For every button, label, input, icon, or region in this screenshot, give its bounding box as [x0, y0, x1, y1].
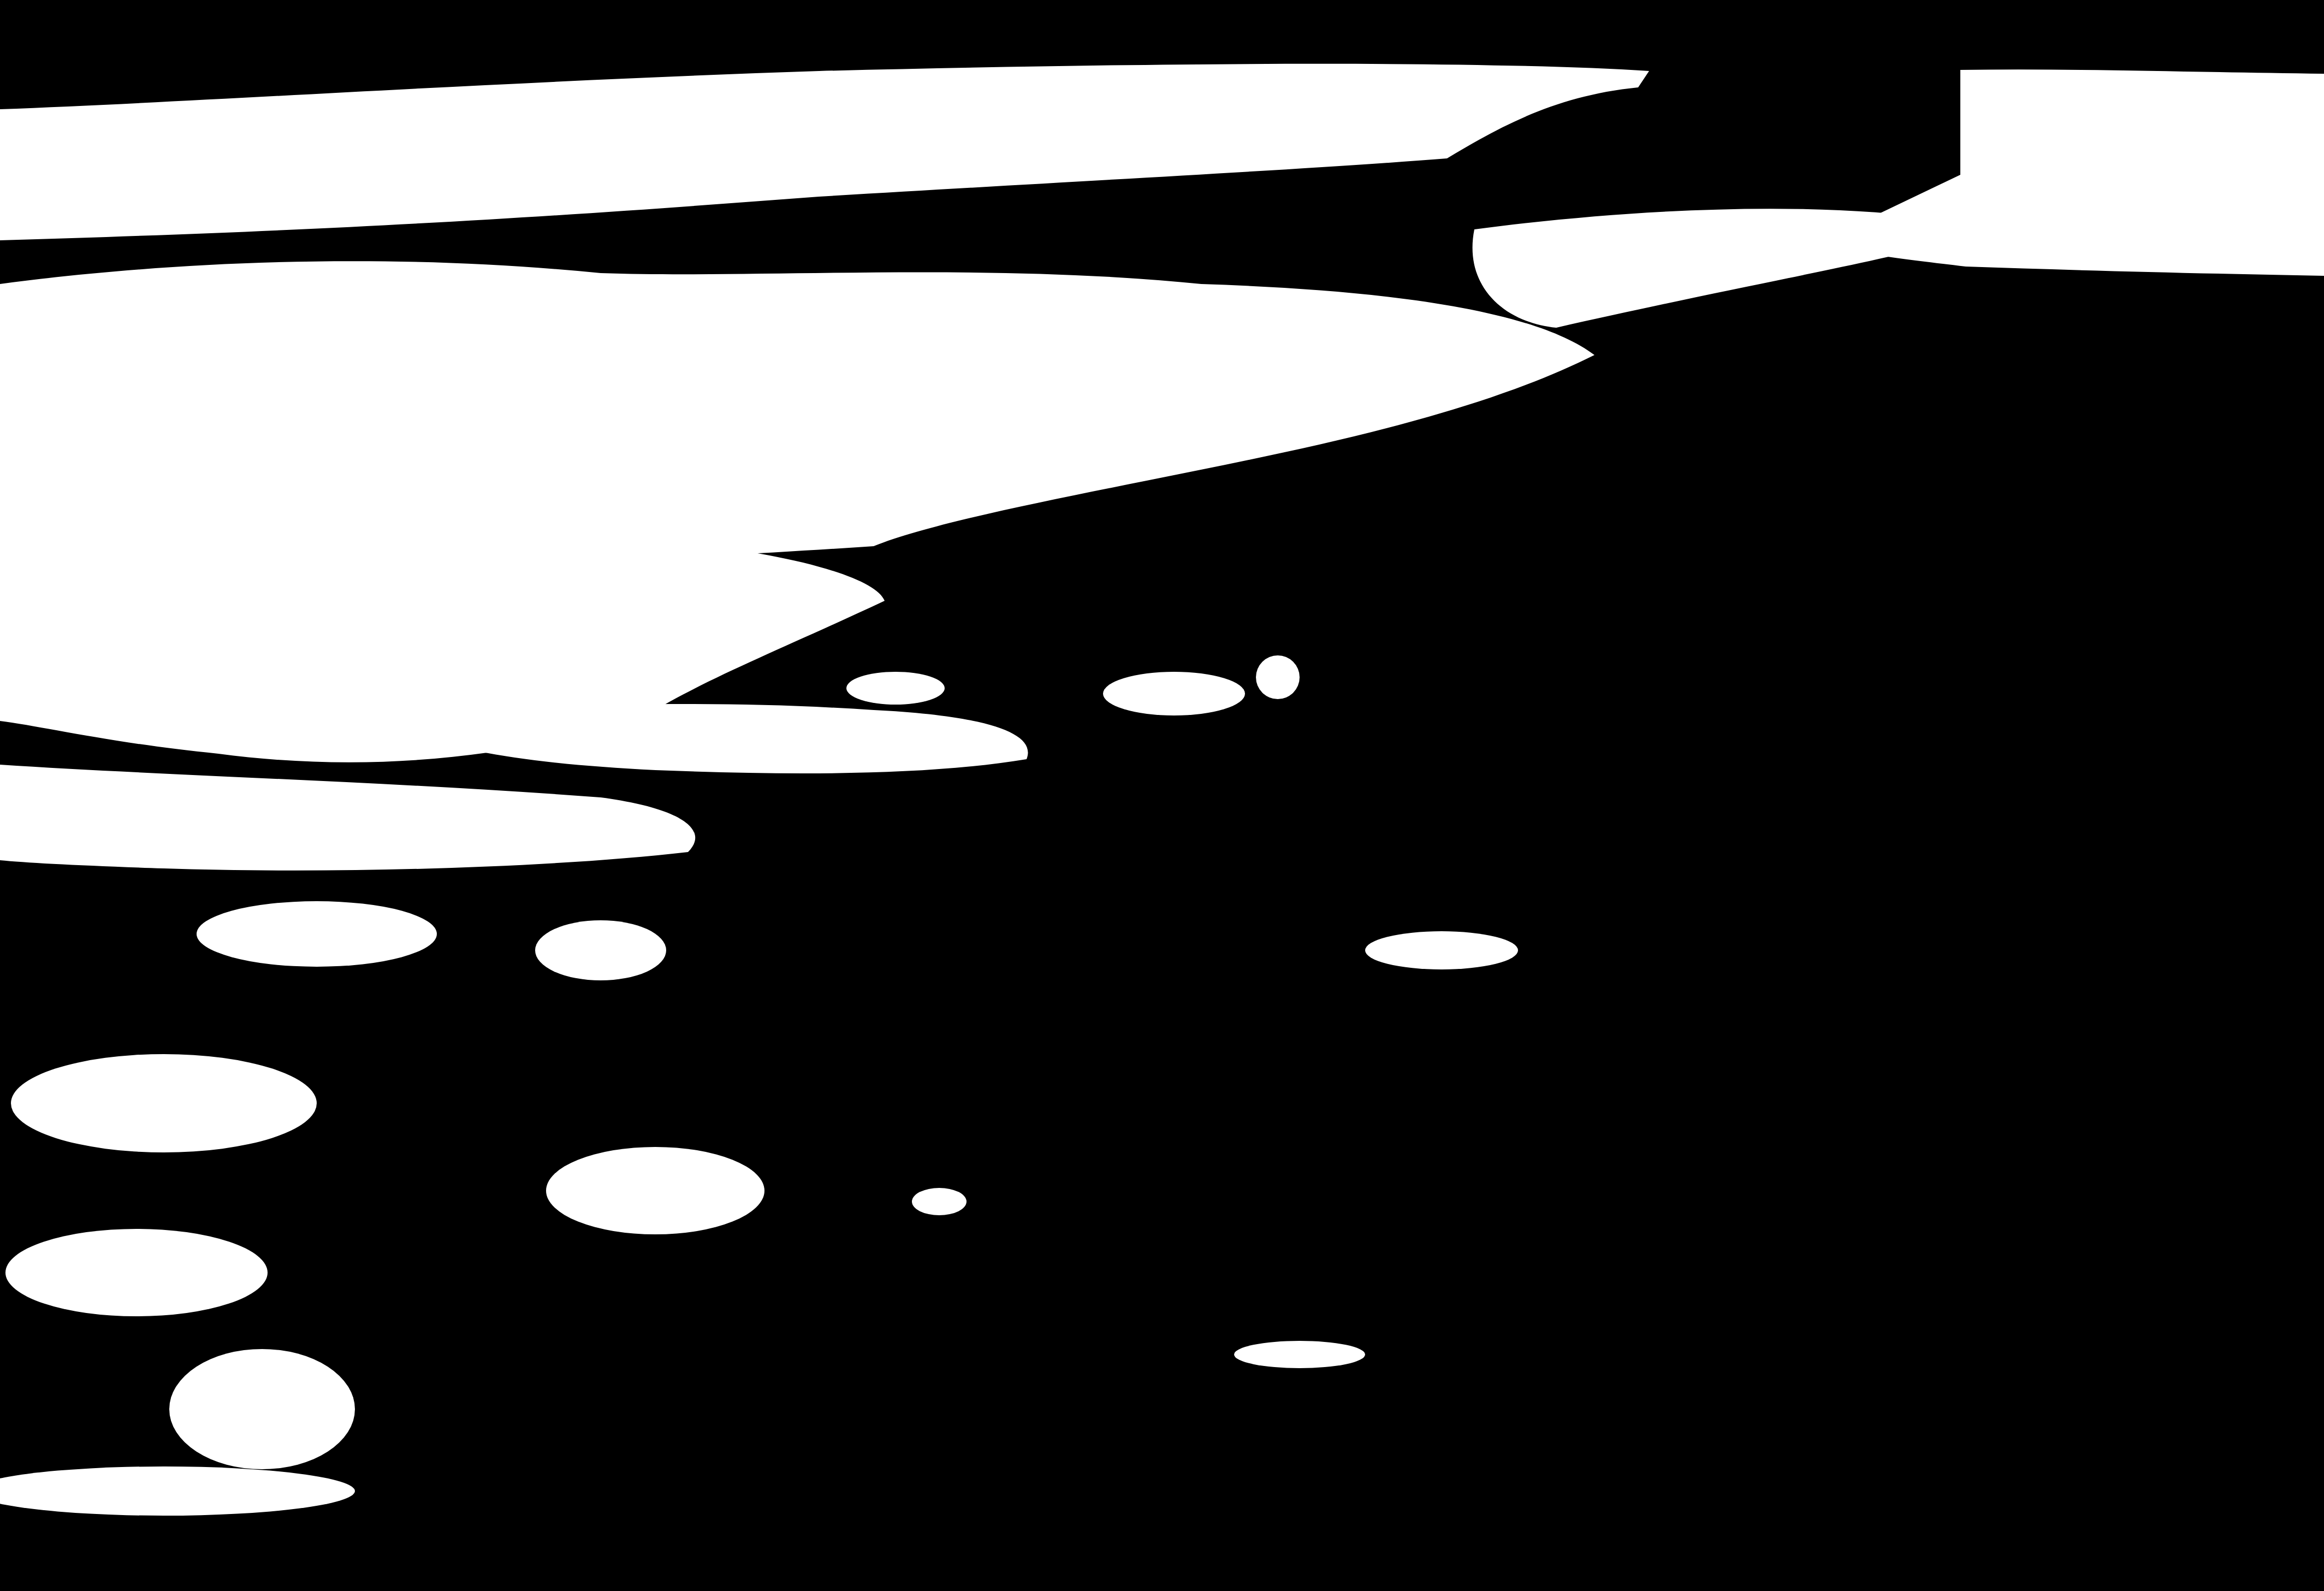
- binary-mask-image: [0, 0, 2324, 1591]
- patch: [535, 920, 666, 980]
- patch: [5, 1229, 268, 1316]
- patch: [197, 901, 437, 967]
- patch: [11, 1054, 317, 1152]
- patch: [1103, 672, 1245, 715]
- patch: [1256, 655, 1300, 699]
- patch: [1234, 1341, 1365, 1368]
- patch: [846, 672, 945, 705]
- patch: [912, 1188, 967, 1215]
- patch: [1365, 931, 1518, 969]
- patch: [546, 1147, 764, 1234]
- patch: [169, 1349, 355, 1469]
